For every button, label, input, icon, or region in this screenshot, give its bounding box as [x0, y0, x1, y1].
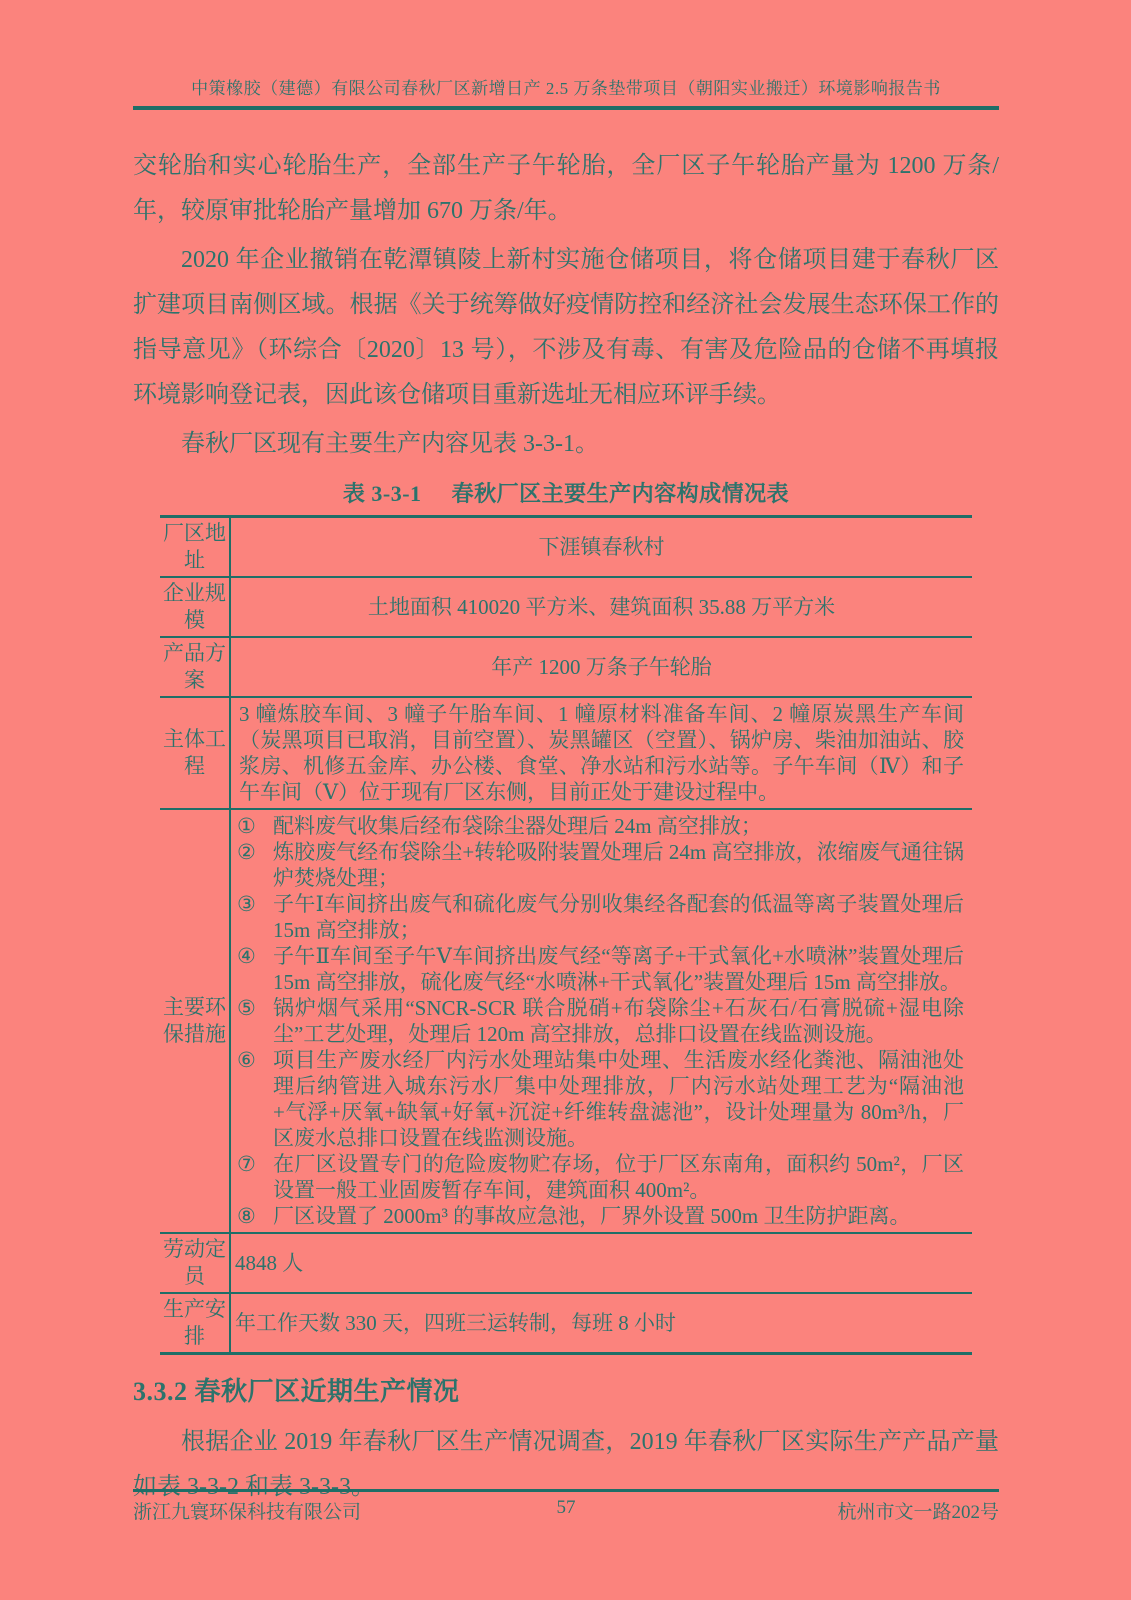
page-header-title: 中策橡胶（建德）有限公司春秋厂区新增日产 2.5 万条垫带项目（朝阳实业搬迁）环…: [133, 74, 999, 99]
env-measure-item-8: ⑧ 厂区设置了 2000m³ 的事故应急池，厂界外设置 500m 卫生防护距离。: [235, 1203, 964, 1229]
footer-rule: [133, 1489, 999, 1492]
item-text: 在厂区设置专门的危险废物贮存场，位于厂区东南角，面积约 50m²，厂区设置一般工…: [273, 1151, 964, 1203]
env-measure-item-2: ② 炼胶废气经布袋除尘+转轮吸附装置处理后 24m 高空排放，浓缩废气通往锅炉焚…: [235, 839, 964, 891]
env-measure-item-3: ③ 子午Ⅰ车间挤出废气和硫化废气分别收集经各配套的低温等离子装置处理后 15m …: [235, 891, 964, 943]
item-text: 锅炉烟气采用“SNCR-SCR 联合脱硝+布袋除尘+石灰石/石膏脱硫+湿电除尘”…: [273, 995, 964, 1047]
table-row-production-schedule: 生产安排 年工作天数 330 天，四班三运转制，每班 8 小时: [160, 1293, 972, 1354]
table-row-staffing: 劳动定员 4848 人: [160, 1233, 972, 1293]
page-content: 中策橡胶（建德）有限公司春秋厂区新增日产 2.5 万条垫带项目（朝阳实业搬迁）环…: [133, 74, 999, 1510]
item-number: ④: [235, 943, 273, 995]
body-text: 交轮胎和实心轮胎生产，全部生产子午轮胎，全厂区子午轮胎产量为 1200 万条/年…: [133, 144, 999, 467]
footer-page-number: 57: [133, 1497, 999, 1519]
row-value-production-schedule: 年工作天数 330 天，四班三运转制，每班 8 小时: [230, 1293, 972, 1354]
row-value-site-address: 下涯镇春秋村: [230, 517, 972, 578]
table-row-site-address: 厂区地址 下涯镇春秋村: [160, 517, 972, 578]
table-title-text: 春秋厂区主要生产内容构成情况表: [452, 481, 790, 506]
row-value-enterprise-scale: 土地面积 410020 平方米、建筑面积 35.88 万平方米: [230, 577, 972, 637]
production-content-table: 厂区地址 下涯镇春秋村 企业规模 土地面积 410020 平方米、建筑面积 35…: [160, 515, 972, 1355]
item-text: 项目生产废水经厂内污水处理站集中处理、生活废水经化粪池、隔油池处理后纳管进入城东…: [273, 1047, 964, 1151]
section-heading-3-3-2: 3.3.2 春秋厂区近期生产情况: [133, 1371, 999, 1408]
page-footer: 浙江九寰环保科技有限公司 57 杭州市文一路202号: [133, 1489, 999, 1524]
env-measure-item-6: ⑥ 项目生产废水经厂内污水处理站集中处理、生活废水经化粪池、隔油池处理后纳管进入…: [235, 1047, 964, 1151]
paragraph-tire-production: 交轮胎和实心轮胎生产，全部生产子午轮胎，全厂区子午轮胎产量为 1200 万条/年…: [133, 144, 999, 234]
row-label-enterprise-scale: 企业规模: [160, 577, 230, 637]
table-3-3-1-title: 表 3-3-1春秋厂区主要生产内容构成情况表: [133, 477, 999, 508]
row-label-site-address: 厂区地址: [160, 517, 230, 578]
table-title-label: 表 3-3-1: [343, 481, 422, 506]
item-text: 配料废气收集后经布袋除尘器处理后 24m 高空排放；: [273, 813, 964, 839]
report-page: { "colors": { "background": "#FB837D", "…: [0, 0, 1131, 1600]
row-label-env-measures: 主要环保措施: [160, 809, 230, 1233]
row-value-env-measures: ① 配料废气收集后经布袋除尘器处理后 24m 高空排放； ② 炼胶废气经布袋除尘…: [230, 809, 972, 1233]
row-value-staffing: 4848 人: [230, 1233, 972, 1293]
item-text: 子午Ⅱ车间至子午Ⅴ车间挤出废气经“等离子+干式氧化+水喷淋”装置处理后 15m …: [273, 943, 964, 995]
item-number: ⑥: [235, 1047, 273, 1151]
row-value-main-works: 3 幢炼胶车间、3 幢子午胎车间、1 幢原材料准备车间、2 幢原炭黑生产车间（炭…: [230, 697, 972, 809]
paragraph-table-reference: 春秋厂区现有主要生产内容见表 3-3-1。: [133, 422, 999, 467]
item-number: ⑧: [235, 1203, 273, 1229]
env-measure-item-7: ⑦ 在厂区设置专门的危险废物贮存场，位于厂区东南角，面积约 50m²，厂区设置一…: [235, 1151, 964, 1203]
row-label-production-schedule: 生产安排: [160, 1293, 230, 1354]
footer-row: 浙江九寰环保科技有限公司 57 杭州市文一路202号: [133, 1497, 999, 1524]
item-number: ⑤: [235, 995, 273, 1047]
table-row-env-measures: 主要环保措施 ① 配料废气收集后经布袋除尘器处理后 24m 高空排放； ② 炼胶…: [160, 809, 972, 1233]
env-measure-item-4: ④ 子午Ⅱ车间至子午Ⅴ车间挤出废气经“等离子+干式氧化+水喷淋”装置处理后 15…: [235, 943, 964, 995]
table-row-enterprise-scale: 企业规模 土地面积 410020 平方米、建筑面积 35.88 万平方米: [160, 577, 972, 637]
row-label-product-plan: 产品方案: [160, 637, 230, 697]
row-value-product-plan: 年产 1200 万条子午轮胎: [230, 637, 972, 697]
paragraph-warehouse-2020: 2020 年企业撤销在乾潭镇陵上新村实施仓储项目，将仓储项目建于春秋厂区扩建项目…: [133, 238, 999, 418]
item-number: ⑦: [235, 1151, 273, 1203]
item-number: ③: [235, 891, 273, 943]
item-text: 炼胶废气经布袋除尘+转轮吸附装置处理后 24m 高空排放，浓缩废气通往锅炉焚烧处…: [273, 839, 964, 891]
table-row-main-works: 主体工程 3 幢炼胶车间、3 幢子午胎车间、1 幢原材料准备车间、2 幢原炭黑生…: [160, 697, 972, 809]
item-text: 子午Ⅰ车间挤出废气和硫化废气分别收集经各配套的低温等离子装置处理后 15m 高空…: [273, 891, 964, 943]
header-rule: [133, 106, 999, 110]
row-label-main-works: 主体工程: [160, 697, 230, 809]
env-measure-item-5: ⑤ 锅炉烟气采用“SNCR-SCR 联合脱硝+布袋除尘+石灰石/石膏脱硫+湿电除…: [235, 995, 964, 1047]
table-row-product-plan: 产品方案 年产 1200 万条子午轮胎: [160, 637, 972, 697]
item-text: 厂区设置了 2000m³ 的事故应急池，厂界外设置 500m 卫生防护距离。: [273, 1203, 964, 1229]
item-number: ②: [235, 839, 273, 891]
row-label-staffing: 劳动定员: [160, 1233, 230, 1293]
item-number: ①: [235, 813, 273, 839]
env-measure-item-1: ① 配料废气收集后经布袋除尘器处理后 24m 高空排放；: [235, 813, 964, 839]
